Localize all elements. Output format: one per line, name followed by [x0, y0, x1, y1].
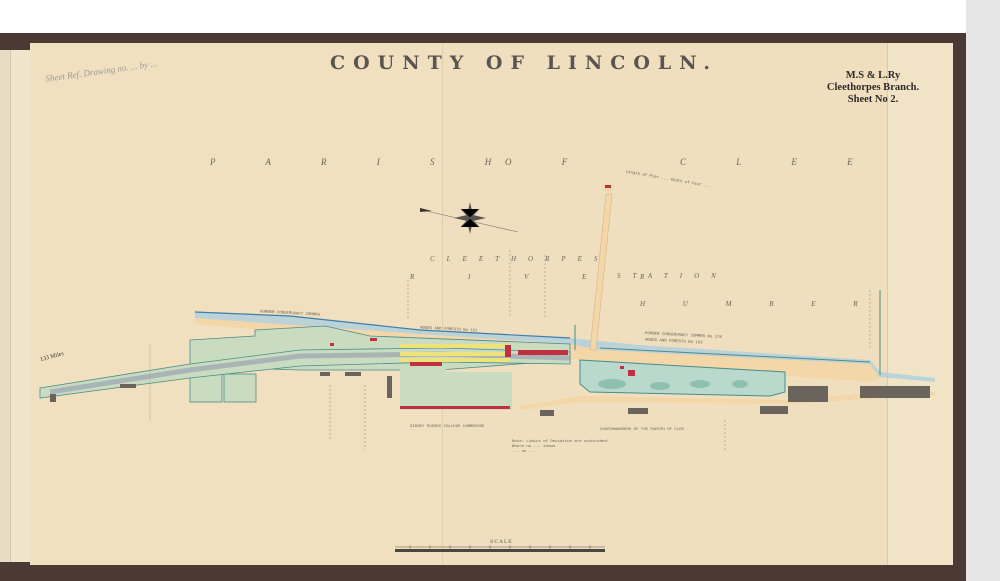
- river-label: R I V E R: [410, 273, 670, 281]
- note-line-3: ... on ...: [512, 450, 536, 454]
- sheet-number: Sheet No 2.: [818, 94, 928, 106]
- map-title: COUNTY OF LINCOLN.: [330, 52, 718, 74]
- road-label: SIDNEY SUSSEX COLLEGE CAMBRIDGE: [410, 425, 484, 429]
- railway-company: M.S & L.Ry: [818, 70, 928, 82]
- branch-name: Cleethorpes Branch.: [818, 82, 928, 94]
- cleethorpes-label: CLEETHORPES: [430, 255, 609, 263]
- compass-rose-icon: [420, 202, 518, 234]
- scale-label: SCALE: [490, 539, 513, 545]
- humber-label: H U M B E R: [640, 300, 876, 308]
- note-line-1: Note: Limits of Deviation are coincident: [512, 440, 608, 444]
- parish-label-1: P A R I S H: [210, 157, 515, 167]
- note-line-2: Where no ... shown: [512, 445, 555, 449]
- road-label: CHURCHWARDENS OF THE PARISH OF CLEE: [600, 428, 684, 432]
- parish-label-3: C L E E: [680, 157, 877, 167]
- parish-label-2: O F: [505, 157, 591, 167]
- sheet-reference: M.S & L.Ry Cleethorpes Branch. Sheet No …: [818, 70, 928, 106]
